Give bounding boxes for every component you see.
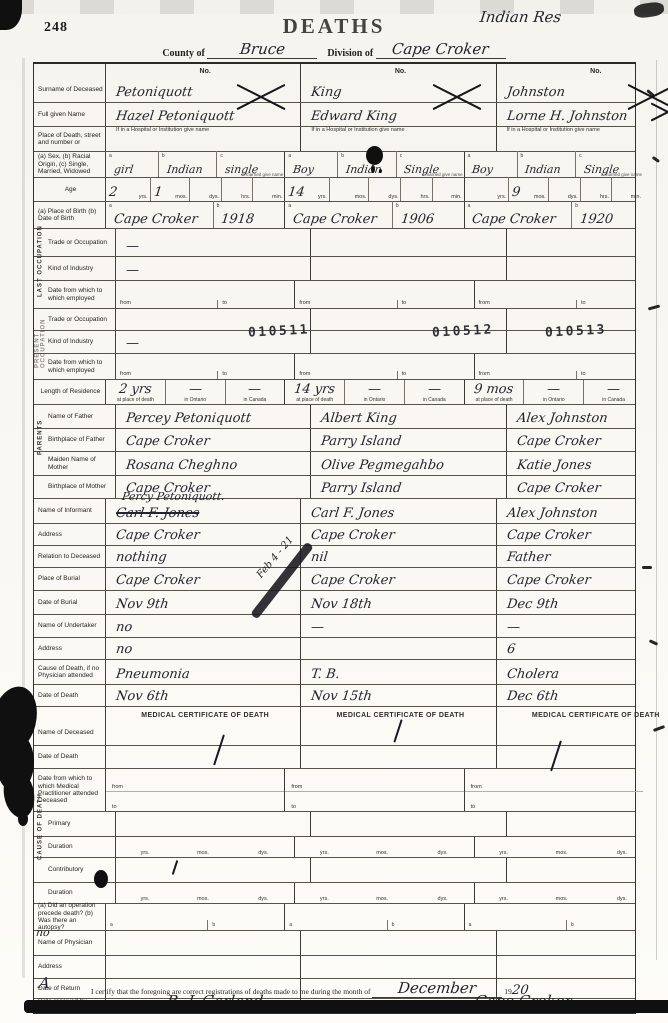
row-label [34, 64, 106, 77]
cell: No. [301, 64, 496, 77]
row-label: Name of Informant [34, 499, 106, 523]
age-sub-cell: 1mos. [150, 177, 190, 201]
cell-value: Alex Johnston [516, 411, 608, 426]
age-unit: yrs. [497, 194, 506, 200]
age-sub-cell: min. [252, 177, 284, 201]
cell-value: Cape Croker [113, 212, 198, 227]
certify-line: A I certify that the foregoing are corre… [33, 976, 647, 992]
cell-value: King [310, 85, 342, 100]
cell: Katie Jones [507, 452, 668, 475]
sub-marker: b [217, 201, 220, 209]
cell-value: — [506, 620, 521, 635]
cell: Pneumonia [106, 660, 301, 684]
cell-value: no [115, 642, 133, 657]
residence-sub-cell: 9 mosat place of death [465, 380, 524, 404]
row-label-text: Trade or Occupation [48, 239, 107, 246]
cell: yrs.mos.dys. [295, 883, 474, 903]
duration-unit: yrs. [475, 850, 534, 857]
cell [311, 257, 506, 280]
age-sub-cell: hrs. [400, 177, 431, 201]
cell-value: nil [310, 550, 329, 565]
cell: MEDICAL CERTIFICATE OF DEATH [301, 707, 496, 721]
birth-sub-cell: b1918 [213, 201, 285, 228]
age-sub-cell: min. [611, 177, 643, 201]
duration-unit: mos. [175, 896, 234, 903]
row-label: Maiden Name of Mother [34, 452, 116, 475]
cell: ab [465, 904, 643, 930]
sub-marker: a [109, 151, 112, 159]
cell-value: — [606, 382, 621, 397]
check-mark [172, 860, 179, 875]
age-unit: min. [272, 194, 282, 200]
row-relation: Relation to DeceasednothingnilFather [34, 546, 635, 568]
row-label-text: Full given Name [38, 111, 85, 118]
cell-value: Alex Johnston [506, 506, 598, 521]
cell [507, 812, 668, 836]
sub-marker: a [109, 201, 112, 209]
to-label: to [581, 371, 586, 377]
birth-sub-cell: aCape Croker [285, 201, 392, 228]
row-label-text: Birthplace of Mother [48, 483, 106, 490]
residence-sub-cell: —in Canada [225, 380, 285, 404]
cell: Rosana Cheghno [116, 452, 311, 475]
cell: Cape Croker [497, 568, 668, 590]
group-label-last-occupation: LAST OCCUPATION [35, 223, 46, 300]
row-label-text: Date of Death [38, 692, 78, 699]
cell: — [301, 615, 496, 637]
cell-value: Percey Petoniquott [125, 411, 252, 426]
serial-stamp: 010511 [248, 322, 311, 340]
duration-unit: mos. [175, 850, 234, 857]
cell: 9 mosat place of death—in Ontario—in Can… [465, 380, 643, 404]
residence-sub-cell: —in Canada [583, 380, 643, 404]
row-label: Surname of Deceased [34, 77, 106, 102]
county-value: Bruce [239, 40, 286, 58]
age-unit: yrs. [139, 194, 148, 200]
cell: If in a Hospital or Institution give nam… [106, 127, 301, 151]
duration-unit: yrs. [116, 850, 175, 857]
age-sub-cell: dys. [189, 177, 221, 201]
cell: —010511 [116, 331, 311, 353]
operation-a: a [106, 920, 207, 930]
employed-from: from [295, 371, 396, 379]
cell [311, 858, 506, 882]
cell: Cape CrokerFeb 4 - 21 [106, 568, 301, 590]
cell-value: — [125, 263, 140, 278]
residence-sublabel: at place of death [117, 397, 154, 403]
cell-value: Carl F. Jones [310, 506, 395, 521]
row-label: Primary [34, 812, 116, 836]
row-father: Name of FatherPercey PetoniquottAlbert K… [34, 405, 635, 429]
cell: Parry Island [311, 429, 506, 451]
cell: aCape Crokerb1920 [465, 202, 643, 228]
cell: aCape Crokerb1906 [285, 202, 464, 228]
cell-value: Johnston [506, 85, 566, 100]
duration-unit: yrs. [475, 896, 534, 903]
cell-value: Albert King [320, 411, 398, 426]
medical-certificate-heading: MEDICAL CERTIFICATE OF DEATH [507, 712, 668, 719]
row-label-text: Address [38, 963, 62, 970]
residence-sublabel: in Ontario [364, 397, 386, 403]
age-sub-cell: hrs. [221, 177, 252, 201]
duration-unit: dys. [235, 850, 294, 857]
cell-value: Parry Island [320, 481, 402, 496]
cell [507, 257, 668, 280]
cell: Cape Croker [301, 568, 496, 590]
row-label: Name of Father [34, 405, 116, 428]
birth-sub-cell: b1920 [571, 201, 643, 228]
row-label: (a) Did an operation precede death? (b) … [34, 904, 106, 930]
row-label: Kind of Industry [34, 257, 116, 280]
row-operation: (a) Did an operation precede death? (b) … [34, 904, 635, 931]
registrar-signature: B. J. Garland [166, 992, 264, 1010]
cell: 010513 [507, 331, 668, 353]
margin-ink-blot [18, 812, 28, 826]
sub-marker: b [341, 151, 344, 159]
cell: fromto [295, 354, 474, 379]
cell: Dec 6th [497, 685, 668, 706]
handwritten-no-note: no [35, 926, 50, 939]
cell-value: Olive Pegmegahbo [320, 458, 445, 473]
cell-value: Edward King [310, 109, 398, 124]
row-medcert-death-date: Date of Death [34, 746, 635, 769]
employed-from: from [475, 300, 576, 308]
sub-marker: b [212, 920, 215, 928]
to-label: to [291, 804, 296, 810]
sex-sub-cell: bIndian [158, 151, 217, 177]
age-sub-cell: 2yrs. [106, 177, 150, 201]
employed-to: to [217, 371, 294, 379]
cell: fromto [285, 769, 464, 811]
from-label: from [299, 371, 310, 377]
cell-value: 2 [108, 185, 118, 200]
duration-unit: dys. [414, 850, 473, 857]
cell: Alex Johnston [507, 405, 668, 428]
cell-value: Indian [345, 163, 382, 176]
dr-label: D.R. [317, 998, 331, 1007]
cell [106, 931, 301, 955]
cell-value: Cape Croker [516, 434, 601, 449]
cell: Cape Croker [106, 524, 301, 545]
row-label-text: Kind of Industry [48, 265, 93, 272]
row-label-text: Contributory [48, 866, 83, 873]
row-cause: Cause of Death, if no Physician attended… [34, 660, 635, 685]
row-given-name: Full given NameHazel PetoniquottEdward K… [34, 103, 635, 127]
row-label: Full given Name [34, 103, 106, 126]
duration-unit: mos. [355, 896, 414, 903]
cell: fromto [475, 354, 653, 379]
cell [311, 229, 506, 256]
row-label: Relation to Deceased [34, 546, 106, 567]
cell: Edward King [301, 103, 496, 126]
cell: Olive Pegmegahbo [311, 452, 506, 475]
cell: Albert King [311, 405, 506, 428]
cell [116, 812, 311, 836]
age-sub-cell: yrs. [465, 177, 509, 201]
from-label: from [120, 300, 131, 306]
margin-note: A [38, 974, 51, 992]
age-unit: min. [451, 194, 461, 200]
row-burial-place: Place of BurialCape CrokerFeb 4 - 21Cape… [34, 568, 635, 591]
employed-to: to [576, 300, 653, 308]
operation-b: b [387, 920, 464, 930]
sub-marker: c [579, 151, 582, 159]
cell [301, 931, 496, 955]
duration-unit: yrs. [116, 896, 175, 903]
row-residence: Length of Residence2 yrsat place of deat… [34, 380, 635, 405]
row-label-text: Age [65, 186, 77, 193]
cell-value: Cape Croker [506, 573, 591, 588]
hospital-sublabel: If in a Hospital or Institution give nam… [311, 127, 404, 133]
row-label-text: Birthplace of Father [48, 436, 105, 443]
cell: fromto [106, 769, 285, 811]
cell-value: — [427, 382, 442, 397]
county-label: County of [162, 48, 205, 59]
no-caption: No. [116, 68, 294, 75]
cell-value: Cape Croker [115, 528, 200, 543]
age-unit: dys. [568, 194, 578, 200]
attended-to: to [285, 789, 463, 811]
to-label: to [402, 371, 407, 377]
to-label: to [222, 371, 227, 377]
duration-unit: dys. [235, 896, 294, 903]
from-label: from [299, 300, 310, 306]
division-label: Division of [327, 48, 373, 59]
cell: ab [106, 904, 285, 930]
cell: Nov 15th [301, 685, 496, 706]
row-industry-1: Kind of Industry— [34, 257, 635, 281]
cell-value: Father [506, 550, 551, 565]
duration-unit: mos. [534, 896, 593, 903]
age-sub-cell: min. [432, 177, 464, 201]
group-label-parents: PARENTS [35, 392, 46, 482]
corner-handwritten-note: Indian Res [479, 8, 562, 26]
x-strike-mark [653, 99, 668, 123]
sub-marker: b [571, 920, 574, 928]
sex-sub-cell: cSingleIf married give name [396, 151, 464, 177]
row-label: Name of Deceased [34, 721, 106, 745]
cell: Percey Petoniquott [116, 405, 311, 428]
cell-value: 1918 [220, 212, 255, 227]
cell [301, 638, 496, 659]
row-label-text: Date from which to which employed [48, 287, 113, 302]
sex-sub-cell: bIndian [337, 151, 396, 177]
scanned-death-register-page: 248 DEATHS Indian Res County of Bruce Di… [0, 0, 668, 1023]
cell-value: Pneumonia [115, 667, 190, 682]
cell-value: — [188, 382, 203, 397]
age-sub-cell: 14yrs. [285, 177, 329, 201]
row-label: Birthplace of Father [34, 429, 116, 451]
from-label: from [479, 300, 490, 306]
row-label-text: Primary [48, 820, 70, 827]
cell [311, 812, 506, 836]
cell: yrs.mos.dys. [475, 837, 653, 857]
from-label: from [120, 371, 131, 377]
employed-from: from [475, 371, 576, 379]
row-label-text: Name of Physician [38, 939, 92, 946]
cell: no [106, 615, 301, 637]
cell: aBoybIndiancSingleIf married give name [465, 152, 643, 177]
cell: Carl F. Jones [301, 499, 496, 523]
operation-a: a [465, 920, 566, 930]
cell [507, 858, 668, 882]
row-label: Cause of Death, if no Physician attended [34, 660, 106, 684]
margin-ink-blot [0, 732, 34, 792]
cell: aBoybIndiancSingleIf married give name [285, 152, 464, 177]
row-employed-2: Date from which to which employedfromtof… [34, 354, 635, 380]
employed-from: from [295, 300, 396, 308]
row-trade-1: Trade or Occupation— [34, 229, 635, 257]
row-label-text: Name of Undertaker [38, 622, 97, 629]
cell-value: Dec 9th [506, 597, 559, 612]
address-label: Address [393, 998, 418, 1007]
sex-sub-cell: bIndian [517, 151, 576, 177]
cell: nil [301, 546, 496, 567]
cell: no [106, 638, 301, 659]
employed-from: from [116, 300, 217, 308]
registration-form: No.No.No.Surname of DeceasedPetoniquottK… [33, 62, 636, 1014]
cell: ab [285, 904, 464, 930]
sex-sub-cell: csingleIf married give name [216, 151, 284, 177]
employed-to: to [397, 300, 474, 308]
employed-to: to [217, 300, 294, 308]
sex-sub-cell: aBoy [285, 151, 337, 177]
cell-value: Rosana Cheghno [125, 458, 238, 473]
row-physician: Name of Physician [34, 931, 635, 956]
row-label-text: Cause of Death, if no Physician attended [38, 665, 103, 680]
row-contributory: Contributory [34, 858, 635, 883]
cell-value: — [248, 382, 263, 397]
row-no-header: No.No.No. [34, 64, 635, 77]
cell-value: Parry Island [320, 434, 402, 449]
row-informant: Name of InformantPercy Petoniquott.Carl … [34, 499, 635, 524]
age-sub-cell: mos. [329, 177, 369, 201]
age-sub-cell: 9mos. [508, 177, 548, 201]
cell: No. [106, 64, 301, 77]
row-label: Place of Burial [34, 568, 106, 590]
cell: yrs.mos.dys. [116, 883, 295, 903]
no-caption: No. [311, 68, 489, 75]
cell-value: 9 mos [474, 382, 515, 397]
cell-value: Cape Croker [472, 212, 557, 227]
registrar-address: Cape Croker [474, 992, 573, 1010]
group-label-present-occupation: PRESENT OCCUPATION [35, 300, 46, 368]
cell: fromto [116, 281, 295, 308]
duration-unit: mos. [534, 850, 593, 857]
cell: 2yrs.1mos.dys.hrs.min. [106, 178, 285, 201]
cell [507, 229, 668, 256]
cell: Alex Johnston [497, 499, 668, 523]
cell-value: 1 [153, 185, 163, 200]
row-label-text: Name of Father [48, 413, 93, 420]
row-place-of-death: Place of Death, street and number orIf i… [34, 127, 635, 152]
cell: Cape Croker [497, 524, 668, 545]
sub-marker: a [110, 920, 113, 928]
sex-sub-cell: cSingleIf married give name [575, 151, 643, 177]
cell [497, 956, 668, 978]
cell [106, 746, 301, 768]
cell-value: 1906 [400, 212, 435, 227]
row-primary: Primary [34, 812, 635, 837]
cell-value: Hazel Petoniquott [115, 109, 235, 124]
residence-sub-cell: 14 yrsat place of death [285, 380, 344, 404]
cell-value: Cape Croker [292, 212, 377, 227]
row-industry-2: Kind of Industry—010511010512010513 [34, 331, 635, 354]
cell: T. B. [301, 660, 496, 684]
cell-value: Indian [525, 163, 562, 176]
cell: Cape Croker [507, 476, 668, 498]
cell-value: 9 [511, 185, 521, 200]
row-label-text: Length of Residence [41, 388, 101, 395]
row-employed-1: Date from which to which employedfromtof… [34, 281, 635, 309]
cell: Parry Island [311, 476, 506, 498]
cell: Cape Croker [116, 429, 311, 451]
row-undertaker: Name of Undertakerno—— [34, 615, 635, 638]
to-label: to [222, 300, 227, 306]
row-label-text: Relation to Deceased [38, 553, 100, 560]
age-unit: hrs. [241, 194, 250, 200]
duration-unit: mos. [355, 850, 414, 857]
row-label-text: Trade or Occupation [48, 316, 107, 323]
cell-value: Nov 18th [310, 597, 373, 612]
operation-b: b [207, 920, 284, 930]
residence-sub-cell: —in Ontario [344, 380, 404, 404]
row-label-text: Duration [48, 889, 73, 896]
cell [497, 721, 668, 745]
sub-marker: a [468, 201, 471, 209]
duration-unit: dys. [594, 850, 653, 857]
row-mother: Maiden Name of MotherRosana CheghnoOlive… [34, 452, 635, 476]
cell-value: 1920 [579, 212, 614, 227]
row-label-text: Date from which to which Medical Practit… [38, 775, 103, 805]
row-label: Date of Death [34, 746, 106, 768]
cell: yrs.mos.dys. [116, 837, 295, 857]
row-father-birthplace: Birthplace of FatherCape CrokerParry Isl… [34, 429, 635, 452]
row-label-text: Place of Death, street and number or [38, 132, 103, 147]
cell-value: — [367, 382, 382, 397]
cell: yrs.mos.dys. [295, 837, 474, 857]
age-unit: hrs. [600, 194, 609, 200]
sex-sub-cell: aBoy [465, 151, 517, 177]
to-label: to [471, 804, 476, 810]
cell: — [116, 257, 311, 280]
row-surname: Surname of DeceasedPetoniquottKingJohnst… [34, 77, 635, 103]
residence-sublabel: in Ontario [543, 397, 565, 403]
informant-struck-name: Carl F. Jones [115, 506, 200, 521]
from-label: from [479, 371, 490, 377]
row-burial-date: Date of BurialNov 9thNov 18thDec 9th [34, 591, 635, 615]
sub-marker: a [289, 920, 292, 928]
cell: If in a Hospital or Institution give nam… [301, 127, 496, 151]
operation-b: b [566, 920, 643, 930]
cell: Cape Croker [507, 429, 668, 451]
cell-value: Petoniquott [115, 85, 193, 100]
cell: — [497, 615, 668, 637]
division-value: Cape Croker [391, 40, 490, 58]
age-unit: dys. [388, 194, 398, 200]
operation-a: a [285, 920, 386, 930]
residence-sub-cell: —in Ontario [523, 380, 583, 404]
row-label: Name of Undertaker [34, 615, 106, 637]
row-label: Duration [34, 837, 116, 857]
sub-marker: a [468, 151, 471, 159]
cell: 14yrs.mos.dys.hrs.min. [285, 178, 464, 201]
row-label: Address [34, 524, 106, 545]
row-duration-2: Durationyrs.mos.dys.yrs.mos.dys.yrs.mos.… [34, 883, 635, 904]
residence-sub-cell: —in Ontario [165, 380, 225, 404]
row-label [34, 707, 106, 721]
sub-marker: b [521, 151, 524, 159]
